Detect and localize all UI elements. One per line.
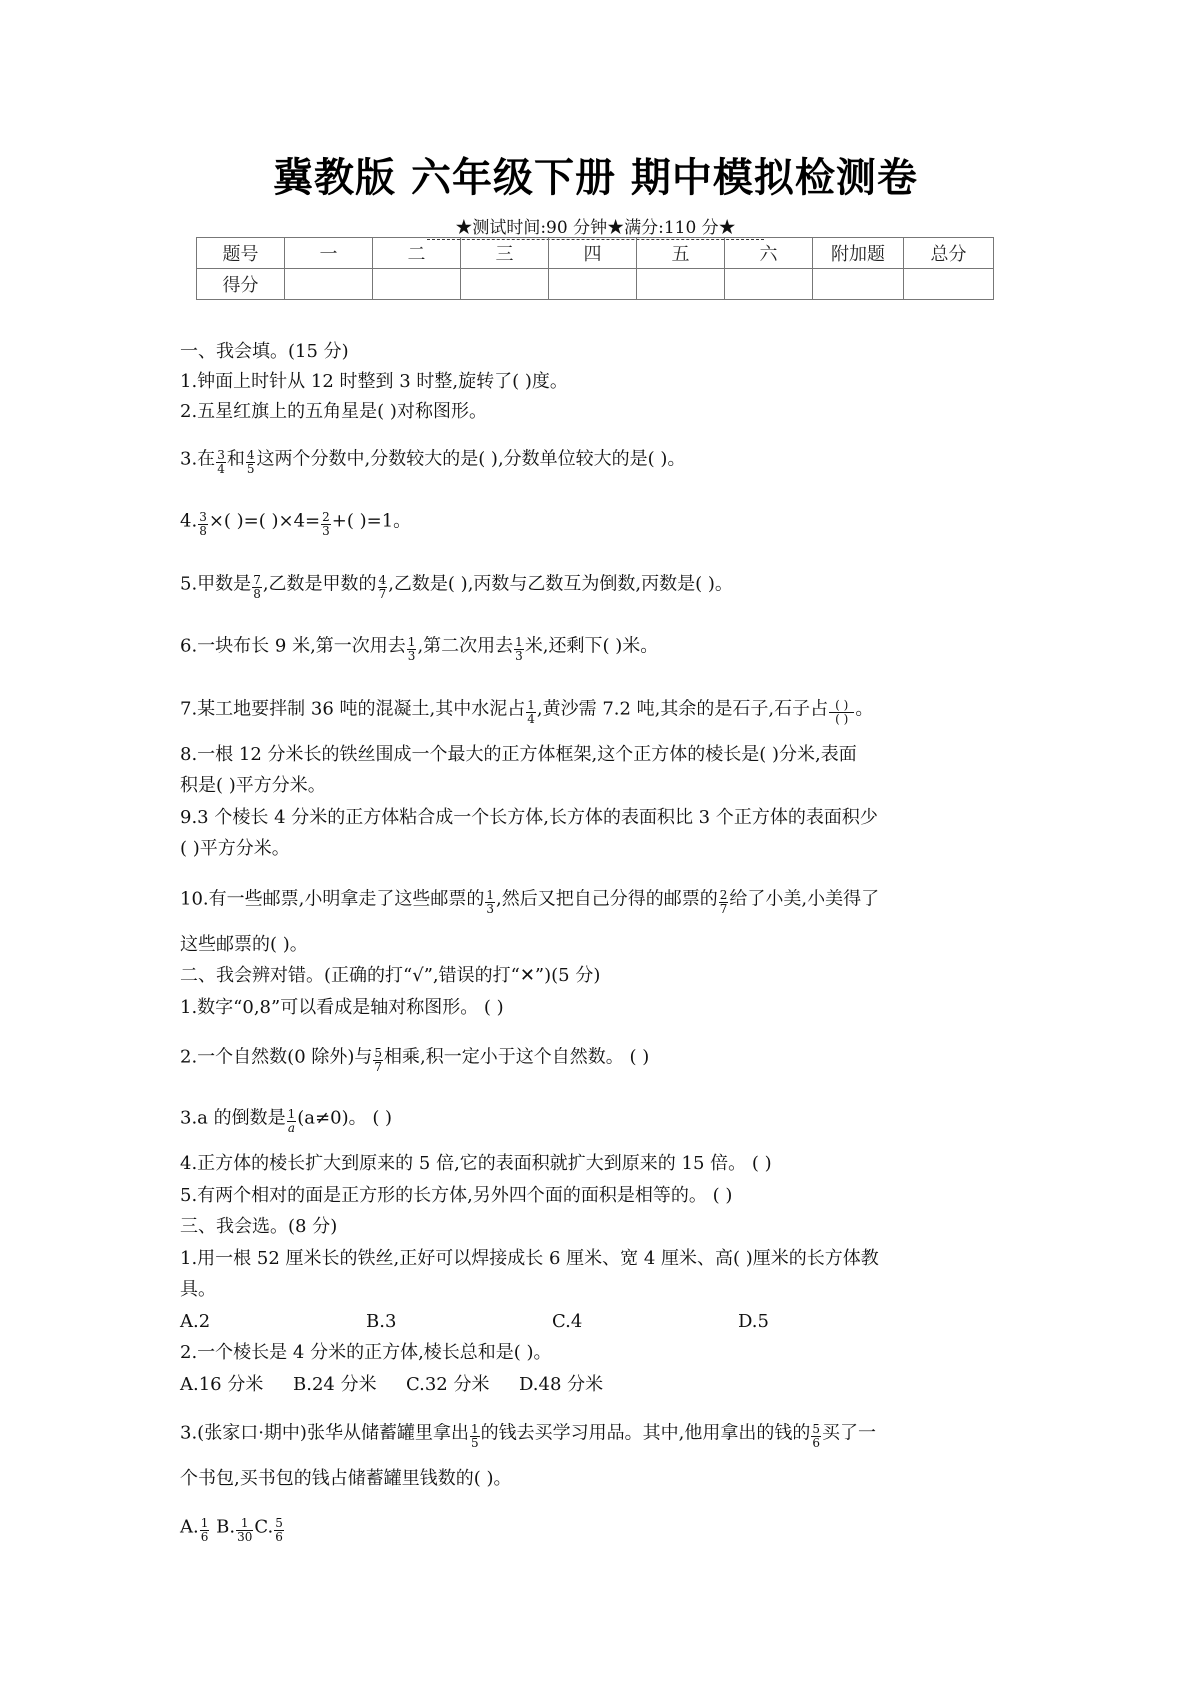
option-d[interactable]: D.48 分米 [519,1373,603,1397]
option-c[interactable]: C.32 分米 [406,1373,519,1397]
fraction: 47 [378,574,388,601]
question-4: 4.38×( )=( )×4=23+( )=1。 [180,508,411,535]
score-input-cell[interactable] [373,269,461,300]
true-false-1: 1.数字“0,8”可以看成是轴对称图形。 ( ) [180,996,504,1020]
fraction: 45 [246,449,256,476]
score-input-cell[interactable] [285,269,373,300]
option-b[interactable]: B.24 分米 [293,1373,406,1397]
choice-3-line-2: 个书包,买书包的钱占储蓄罐里钱数的( )。 [180,1467,512,1491]
score-cell: 五 [637,238,725,269]
true-false-5: 5.有两个相对的面是正方形的长方体,另外四个面的面积是相等的。 ( ) [180,1184,732,1208]
choice-3-options: A.16 B.130C.56 [180,1514,285,1541]
fraction: 38 [198,511,208,538]
fraction-blank[interactable]: ( )( ) [829,699,854,726]
fraction: 34 [216,449,226,476]
section-heading: 一、我会填。(15 分) [180,340,349,364]
exam-info: ★测试时间:90 分钟★满分:110 分★ [0,213,1191,238]
score-cell: 三 [461,238,549,269]
score-cell: 四 [549,238,637,269]
option-c[interactable]: C.56 [254,1514,285,1541]
fraction: 14 [526,699,536,726]
question-9-line-1: 9.3 个棱长 4 分米的正方体粘合成一个长方体,长方体的表面积比 3 个正方体… [180,806,878,830]
true-false-2: 2.一个自然数(0 除外)与57相乘,积一定小于这个自然数。 ( ) [180,1044,649,1071]
score-table-score-row: 得分 [197,269,994,300]
option-b[interactable]: B.130 [216,1514,254,1541]
question-5: 5.甲数是78,乙数是甲数的47,乙数是( ),丙数与乙数互为倒数,丙数是( )… [180,571,733,598]
question-8-line-2: 积是( )平方分米。 [180,774,326,798]
fraction: 23 [321,511,331,538]
choice-1-options: A.2B.3C.4D.5 [180,1310,769,1334]
fraction: 16 [200,1517,210,1544]
option-a[interactable]: A.2 [180,1310,366,1334]
question-7: 7.某工地要拌制 36 吨的混凝土,其中水泥占14,黄沙需 7.2 吨,其余的是… [180,696,873,723]
choice-2-options: A.16 分米B.24 分米C.32 分米D.48 分米 [180,1373,603,1397]
choice-1-line-2: 具。 [180,1278,216,1302]
section-heading: 三、我会选。(8 分) [180,1215,337,1239]
score-input-cell[interactable] [904,269,994,300]
section-heading: 二、我会辨对错。(正确的打“√”,错误的打“✕”)(5 分) [180,964,600,988]
question-9-line-2: ( )平方分米。 [180,837,290,861]
fraction: 78 [252,574,262,601]
option-d[interactable]: D.5 [738,1310,769,1334]
fraction: 13 [514,636,524,663]
question-10: 10.有一些邮票,小明拿走了这些邮票的13,然后又把自己分得的邮票的27给了小美… [180,886,879,913]
fraction: 56 [274,1517,284,1544]
page-title: 冀教版 六年级下册 期中模拟检测卷 [0,146,1191,203]
score-cell: 得分 [197,269,285,300]
fraction: 56 [811,1423,821,1450]
question-8-line-1: 8.一根 12 分米长的铁丝围成一个最大的正方体框架,这个正方体的棱长是( )分… [180,743,857,767]
fraction: 13 [407,636,417,663]
option-c[interactable]: C.4 [552,1310,738,1334]
score-input-cell[interactable] [813,269,904,300]
score-table: 题号 一 二 三 四 五 六 附加题 总分 得分 [196,237,994,300]
score-input-cell[interactable] [461,269,549,300]
fraction: 1a [287,1108,297,1135]
question-2: 2.五星红旗上的五角星是( )对称图形。 [180,400,487,424]
score-cell: 附加题 [813,238,904,269]
question-1: 1.钟面上时针从 12 时整到 3 时整,旋转了( )度。 [180,370,568,394]
question-10-line-2: 这些邮票的( )。 [180,933,308,957]
score-cell: 二 [373,238,461,269]
fraction: 27 [719,889,729,916]
option-b[interactable]: B.3 [366,1310,552,1334]
option-a[interactable]: A.16 分米 [180,1373,293,1397]
true-false-4: 4.正方体的棱长扩大到原来的 5 倍,它的表面积就扩大到原来的 15 倍。 ( … [180,1152,772,1176]
score-table-header-row: 题号 一 二 三 四 五 六 附加题 总分 [197,238,994,269]
fraction: 13 [485,889,495,916]
score-cell: 总分 [904,238,994,269]
score-cell: 一 [285,238,373,269]
true-false-3: 3.a 的倒数是1a(a≠0)。 ( ) [180,1105,392,1132]
choice-1-line-1: 1.用一根 52 厘米长的铁丝,正好可以焊接成长 6 厘米、宽 4 厘米、高( … [180,1247,879,1271]
score-input-cell[interactable] [549,269,637,300]
choice-3: 3.(张家口·期中)张华从储蓄罐里拿出15的钱去买学习用品。其中,他用拿出的钱的… [180,1420,876,1447]
question-3: 3.在34和45这两个分数中,分数较大的是( ),分数单位较大的是( )。 [180,446,685,473]
fraction: 130 [236,1517,253,1544]
option-a[interactable]: A.16 [180,1514,210,1541]
score-cell: 六 [725,238,813,269]
fraction: 57 [373,1047,383,1074]
choice-2: 2.一个棱长是 4 分米的正方体,棱长总和是( )。 [180,1341,552,1365]
score-cell: 题号 [197,238,285,269]
fraction: 15 [470,1423,480,1450]
question-6: 6.一块布长 9 米,第一次用去13,第二次用去13米,还剩下( )米。 [180,633,658,660]
score-input-cell[interactable] [725,269,813,300]
score-input-cell[interactable] [637,269,725,300]
